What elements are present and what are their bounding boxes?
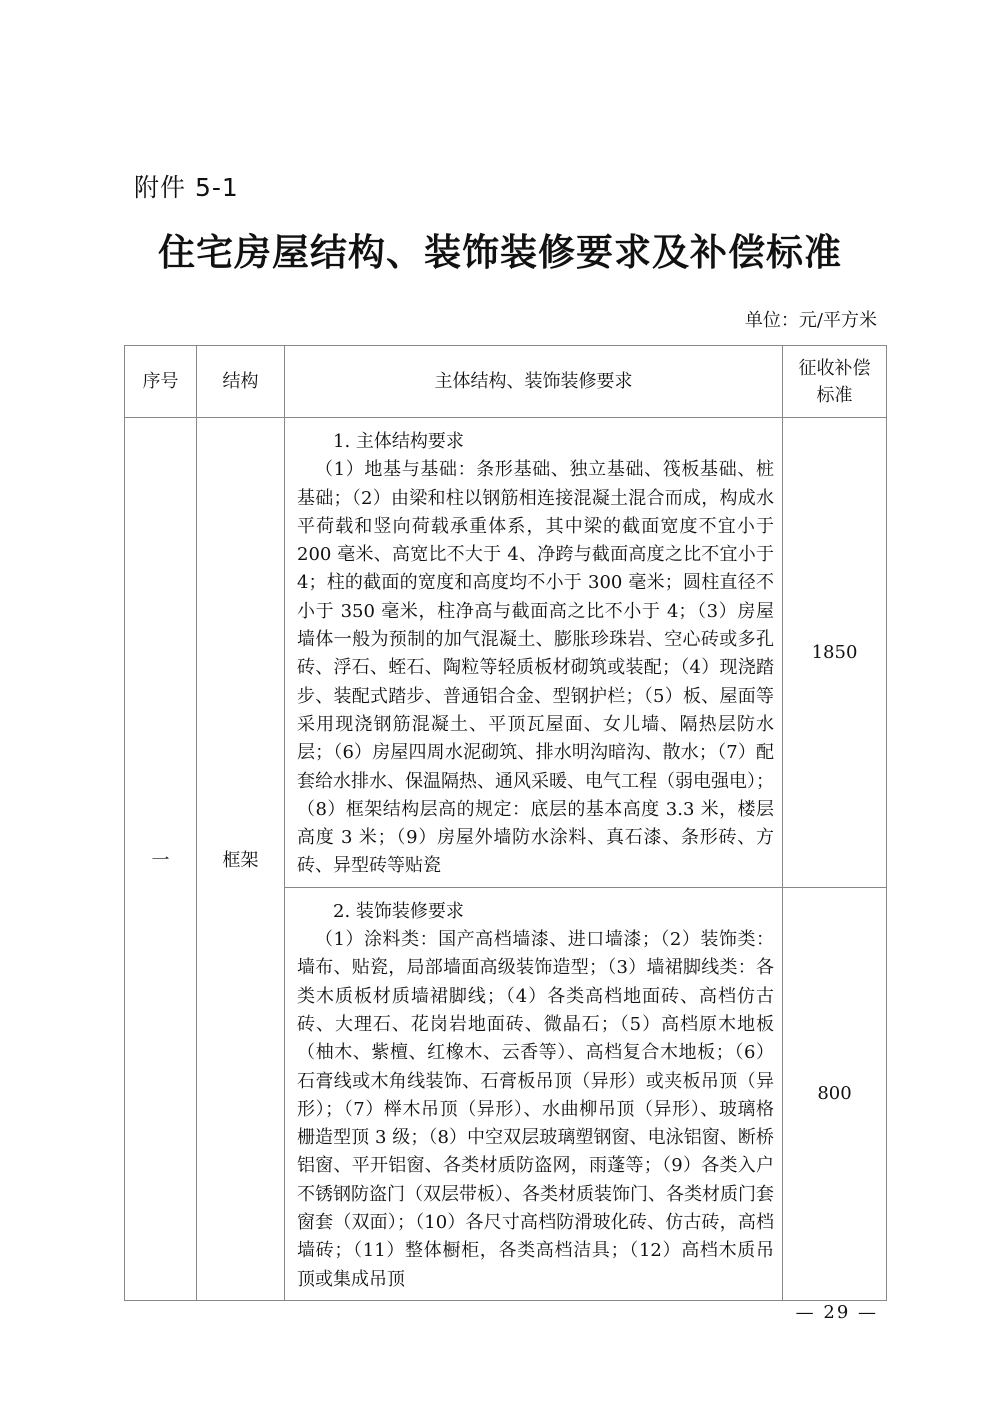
- header-compensation: 征收补偿 标准: [783, 346, 887, 418]
- unit-label: 单位：元/平方米: [745, 306, 877, 332]
- header-compensation-line2: 标准: [783, 382, 886, 409]
- compensation-value: 1850: [783, 418, 887, 888]
- table-row: 一 框架 1. 主体结构要求 （1）地基与基础：条形基础、独立基础、筏板基础、桩…: [125, 418, 887, 888]
- compensation-table: 序号 结构 主体结构、装饰装修要求 征收补偿 标准 一 框架 1. 主体结构要求…: [124, 345, 887, 1301]
- requirement-cell-main-structure: 1. 主体结构要求 （1）地基与基础：条形基础、独立基础、筏板基础、桩基础；（2…: [285, 418, 783, 888]
- table-header-row: 序号 结构 主体结构、装饰装修要求 征收补偿 标准: [125, 346, 887, 418]
- document-title: 住宅房屋结构、装饰装修要求及补偿标准: [0, 222, 1000, 276]
- requirement-text: （1）涂料类：国产高档墙漆、进口墙漆；（2）装饰类：墙布、贴瓷，局部墙面高级装饰…: [297, 926, 774, 1294]
- header-compensation-line1: 征收补偿: [783, 355, 886, 382]
- header-index: 序号: [125, 346, 197, 418]
- header-structure: 结构: [197, 346, 285, 418]
- requirement-heading: 2. 装饰装修要求: [297, 898, 774, 926]
- compensation-value: 800: [783, 887, 887, 1300]
- requirement-cell-decoration: 2. 装饰装修要求 （1）涂料类：国产高档墙漆、进口墙漆；（2）装饰类：墙布、贴…: [285, 887, 783, 1300]
- attachment-label: 附件 5-1: [134, 168, 239, 204]
- requirement-text: （1）地基与基础：条形基础、独立基础、筏板基础、桩基础；（2）由梁和柱以钢筋相连…: [297, 456, 774, 880]
- row-index: 一: [125, 418, 197, 1301]
- page-number: — 29 —: [796, 1302, 878, 1323]
- row-structure: 框架: [197, 418, 285, 1301]
- requirement-heading: 1. 主体结构要求: [297, 428, 774, 456]
- header-requirements: 主体结构、装饰装修要求: [285, 346, 783, 418]
